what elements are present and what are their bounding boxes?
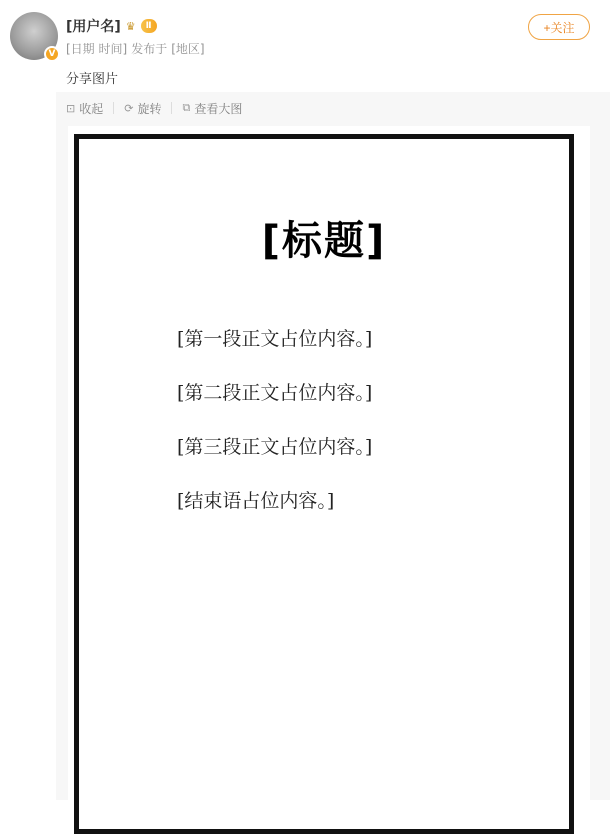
media-panel: ⊡ 收起 ⟳ 旋转 ⧉ 查看大图 [标题] [第一段正文占位内容。] [第二段正… [56,92,610,800]
view-large-icon: ⧉ [182,101,190,115]
document-body: [第一段正文占位内容。] [第二段正文占位内容。] [第三段正文占位内容。] [… [139,321,519,537]
document-paragraph: [第二段正文占位内容。] [139,375,519,411]
post-header: V [用户名] ♛ Ⅱ [日期 时间] 发布于 [地区] 分享图片 +关注 [0,0,610,90]
document-paragraph: [第一段正文占位内容。] [139,321,519,357]
image-toolbar: ⊡ 收起 ⟳ 旋转 ⧉ 查看大图 [56,92,610,124]
toolbar-divider [171,102,172,114]
verified-badge-icon: V [44,46,60,62]
rotate-button[interactable]: ⟳ 旋转 [124,100,161,117]
toolbar-divider [113,102,114,114]
document-title: [标题] [79,209,569,266]
document-frame: [标题] [第一段正文占位内容。] [第二段正文占位内容。] [第三段正文占位内… [74,134,574,800]
author-name[interactable]: [用户名] [66,16,121,36]
rotate-label: 旋转 [137,100,161,117]
username-row: [用户名] ♛ Ⅱ [66,16,157,36]
crown-icon: ♛ [126,20,136,33]
post-image[interactable]: [标题] [第一段正文占位内容。] [第二段正文占位内容。] [第三段正文占位内… [68,126,590,800]
level-badge[interactable]: Ⅱ [141,19,157,33]
view-large-label: 查看大图 [194,100,242,117]
follow-button[interactable]: +关注 [528,14,590,40]
collapse-button[interactable]: ⊡ 收起 [66,100,103,117]
post-meta: [日期 时间] 发布于 [地区] [66,40,205,57]
collapse-icon: ⊡ [66,102,75,115]
document-paragraph: [第三段正文占位内容。] [139,429,519,465]
post-text: 分享图片 [66,68,118,87]
collapse-label: 收起 [79,100,103,117]
document-paragraph: [结束语占位内容。] [139,483,519,519]
post-timestamp[interactable]: [日期 时间] [66,40,127,57]
rotate-icon: ⟳ [124,102,133,115]
post-location: [地区] [171,40,204,57]
view-large-button[interactable]: ⧉ 查看大图 [182,100,242,117]
location-prefix: 发布于 [131,40,167,57]
